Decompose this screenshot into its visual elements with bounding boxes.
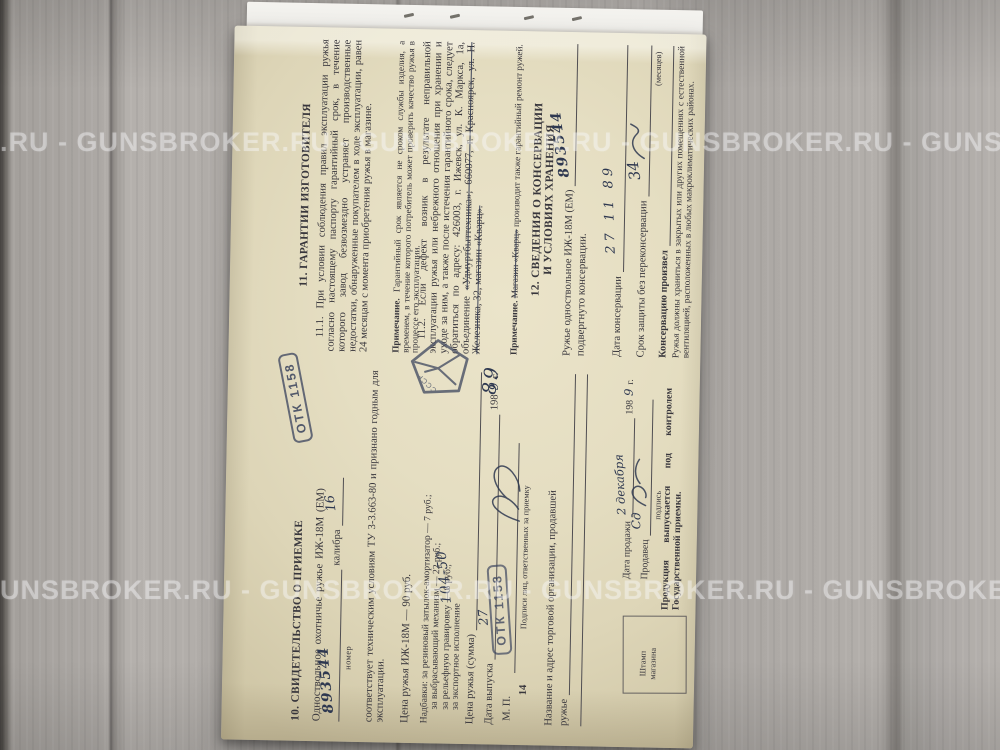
seller-label: Продавец: [639, 539, 651, 579]
stitch-mark: [524, 15, 534, 20]
otk-stamp: ОТК 1158: [277, 352, 314, 444]
base-price-line: Цена ружья ИЖ-18М — 90 руб.: [399, 574, 413, 723]
page-content-rotated: 10. СВИДЕТЕЛЬСТВО О ПРИЕМКЕ ОТК 1158 Одн…: [225, 28, 702, 741]
section-12-title: 12. СВЕДЕНИЯ О КОНСЕРВАЦИИ И УСЛОВИЯХ ХР…: [528, 43, 558, 355]
year-suffix: г.: [625, 379, 636, 385]
stitch-mark: [450, 14, 460, 19]
protection-period-row: Срок защиты без переконсервации 34: [634, 45, 652, 357]
caliber-label: калибра: [331, 529, 343, 565]
handwritten-conservation-date: 27 11 89: [601, 164, 619, 254]
protection-period-label: Срок защиты без переконсервации: [635, 200, 649, 357]
surcharges-list: Надбавки: за резиновый затылок-амортизат…: [419, 371, 467, 724]
year-prefix: 198: [624, 400, 635, 415]
shop-stamp-label: Штамп магазина: [638, 648, 659, 680]
blank-line: 893544: [564, 44, 579, 186]
seller-signature-icon: [625, 455, 652, 509]
conservation-date-row: Дата консервации 27 11 89: [610, 45, 628, 357]
stitch-mark: [572, 16, 582, 21]
performed-by-label: Консервацию произвел: [657, 250, 670, 358]
shop-stamp-label-2: магазина: [648, 648, 659, 680]
blank-line: Сд: [639, 399, 654, 535]
stitch-mark: [404, 13, 414, 18]
struck-shop-text: Магазин «Кварц»: [510, 229, 521, 298]
section-10-heading-row: 10. СВИДЕТЕЛЬСТВО О ПРИЕМКЕ ОТК 1158: [285, 369, 310, 721]
protection-flourish-icon: [626, 122, 651, 162]
blank-line: 893544: [327, 569, 342, 721]
seller-org-label-2: ружье: [558, 699, 570, 726]
blank-line: [465, 372, 482, 630]
note-label: Примечание.: [509, 300, 520, 355]
section-11-title: 11. ГАРАНТИИ ИЗГОТОВИТЕЛЯ: [296, 39, 314, 351]
blank-line: 16: [331, 477, 344, 525]
warranty-paragraph-11-2: 11.2. Если дефект возник в результате не…: [416, 41, 488, 354]
conserved-line-2: подвергнуто консервации.: [575, 233, 589, 356]
page-number: 14: [518, 685, 529, 696]
warranty-note-2: Примечание. Магазин «Кварц» производит т…: [510, 43, 525, 355]
seller-row: Продавец Сд: [638, 399, 653, 579]
blank-line: [659, 46, 675, 247]
handwritten-caliber: 16: [323, 494, 340, 512]
shop-stamp-label-1: Штамп: [638, 648, 649, 680]
tu-compliance-line: соответствует техническим условиям ТУ 3-…: [363, 370, 392, 722]
blank-line: 34: [637, 45, 652, 196]
conservation-date-label: Дата консервации: [611, 276, 624, 357]
price-sum-label: Цена ружья (сумма): [464, 634, 477, 724]
handwritten-protection-period: 34: [624, 160, 645, 182]
handwritten-issue-day: 27: [475, 609, 491, 626]
section-10: 10. СВИДЕТЕЛЬСТВО О ПРИЕМКЕ ОТК 1158 Одн…: [285, 369, 696, 729]
state-control-line: Продукция выпускается под контролем Госу…: [660, 388, 686, 610]
section-10-title: 10. СВИДЕТЕЛЬСТВО О ПРИЕМКЕ: [289, 520, 305, 721]
passport-page: 10. СВИДЕТЕЛЬСТВО О ПРИЕМКЕ ОТК 1158 Одн…: [221, 26, 707, 749]
handwritten-seller: Сд: [629, 512, 643, 529]
sections-11-12: 11. ГАРАНТИИ ИЗГОТОВИТЕЛЯ 11.1. При усло…: [292, 39, 702, 359]
sale-date-label: Дата продажи: [621, 521, 633, 579]
gun-model-line: Ружье одноствольное ИЖ-18М (ЕМ): [561, 189, 575, 356]
number-sublabel: номер: [343, 646, 352, 670]
mp-label: М. П.: [501, 696, 512, 721]
acceptance-signature-block: М. П. ОТК 1158 Подписи лиц, ответственны…: [491, 373, 542, 726]
handwritten-year-89: 89: [478, 363, 503, 395]
handwritten-sale-year: 9: [622, 388, 636, 396]
warranty-paragraph-11-1: 11.1. При условии соблюдения правил эксп…: [314, 39, 375, 352]
acceptance-signature-icon: [483, 456, 524, 529]
note-text: производит также гарантийный ремонт руже…: [511, 44, 525, 227]
photo-scene: .RU - GUNSBROKER.RU - GUNSBROKER.RU - GU…: [0, 0, 1000, 750]
storage-conditions-text: Ружья должны храниться в закрытых или др…: [672, 46, 698, 358]
passport-document: 10. СВИДЕТЕЛЬСТВО О ПРИЕМКЕ ОТК 1158 Одн…: [221, 2, 707, 749]
